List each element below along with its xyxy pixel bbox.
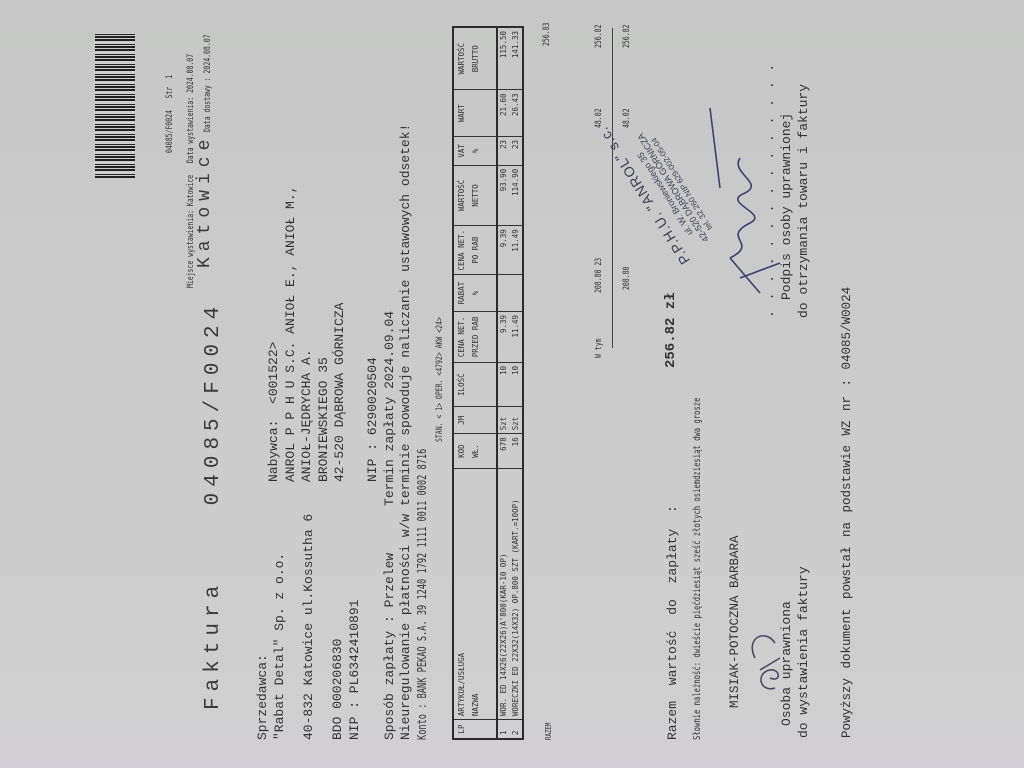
cell-code: 16 <box>510 434 523 469</box>
total-net: 208.80 <box>622 267 632 290</box>
items-table: LP ARTYKUŁ/USŁUGA NAZWA KOD WŁ. JM ILOŚĆ… <box>452 26 524 740</box>
total-gross: 256.82 <box>622 25 632 48</box>
cell-discount <box>510 275 523 312</box>
payment-due: Termin zapłaty 2024.09.04 <box>382 311 397 506</box>
col-vat-rate: VAT % <box>453 137 497 166</box>
col-gross: WARTOŚĆ BRUTTO <box>453 27 497 90</box>
col-net-value: WARTOŚĆ NETTO <box>453 165 497 225</box>
col-discount: RABAT % <box>453 275 497 312</box>
col-article: ARTYKUŁ/USŁUGA NAZWA <box>453 468 497 719</box>
col-price-before: CENA NET. PRZED RAB <box>453 311 497 362</box>
cell-article: WORECZKI ED 22X32(14X32) OP.800 SZT (KAR… <box>510 468 523 719</box>
cell-price-before: 11.49 <box>510 311 523 362</box>
wz-note: Powyższy dokument powstał na podstawie W… <box>840 287 854 738</box>
delivery-line: Data dostawy : 2024.08.07 <box>203 34 213 132</box>
col-qty: ILOŚĆ <box>453 362 497 407</box>
issue-date: 2024.08.07 <box>186 54 196 93</box>
table-sum-value: 256.83 <box>542 23 552 46</box>
station-info: STAN. < 1> OPER. <4792> AKW <24> <box>435 317 445 442</box>
col-vat-value: WART <box>453 90 497 137</box>
cell-lp: 1 <box>497 720 510 739</box>
bank-account: Konto : BANK PEKAO S.A. 39 1240 1792 111… <box>414 296 430 740</box>
seller-bdo: BDO 000206830 <box>329 514 346 740</box>
payment-block: Sposób zapłaty : Przelew Termin zapłaty … <box>382 124 430 740</box>
barcode <box>95 33 135 178</box>
table-row: 1WOR. ED 14X26(22X26)A'800(KAR-10 OP)678… <box>497 27 510 739</box>
title-word: Faktura <box>202 580 225 710</box>
cell-price-after: 11.49 <box>510 226 523 275</box>
buyer-block: Nabywca: <001522> ANROL P P H U S.C. ANI… <box>266 186 381 482</box>
stamp-street: ul. W. Broniewskiego 35 <box>592 81 695 237</box>
cell-qty: 10 <box>497 362 510 407</box>
vat-summary-gross: 256.82 <box>594 25 604 48</box>
cell-price-before: 9.39 <box>497 311 510 362</box>
cell-discount <box>497 275 510 312</box>
cell-code: 678 <box>497 434 510 469</box>
cell-net-value: 93.90 <box>497 165 510 225</box>
buyer-city: 42-520 DĄBROWA GÓRNICZA <box>332 186 349 482</box>
cell-vat-value: 21.60 <box>497 90 510 137</box>
seller-name: "Rabat Detal" Sp. z o.o. <box>271 514 288 740</box>
total-label: Razem wartość do zapłaty : <box>665 505 680 740</box>
cell-gross: 115.50 <box>497 27 510 90</box>
seller-address: 40-832 Katowice ul.Kossutha 6 <box>300 514 317 740</box>
table-row: 2WORECZKI ED 22X32(14X32) OP.800 SZT (KA… <box>510 27 523 739</box>
cell-qty: 10 <box>510 362 523 407</box>
page-number: 1 <box>165 75 175 79</box>
vat-summary-label: W tym <box>594 338 604 358</box>
cell-price-after: 9.39 <box>497 226 510 275</box>
payment-method: Sposób zapłaty : Przelew <box>382 553 397 740</box>
doc-ref-line: 04085/F0024 Str 1 <box>165 75 175 153</box>
cell-unit: Szt <box>497 407 510 434</box>
buyer-street: BRONIEWSKIEGO 35 <box>316 186 333 482</box>
delivery-date-label: Data dostawy <box>203 85 213 132</box>
total-value: 256.82 zł <box>663 292 679 368</box>
cell-unit: Szt <box>510 407 523 434</box>
invoice-page: 04085/F0024 Str 1 Miejsce wystawienia: K… <box>0 0 1024 768</box>
title-number: 04085/F0024 <box>202 301 225 506</box>
city-heading: Katowice <box>195 134 215 268</box>
buyer-name: ANROL P P H U S.C. ANIOŁ E., ANIOŁ M., <box>283 186 300 482</box>
cell-vat-value: 26.43 <box>510 90 523 137</box>
table-header-row: LP ARTYKUŁ/USŁUGA NAZWA KOD WŁ. JM ILOŚĆ… <box>453 27 497 739</box>
buyer-label: Nabywca: <box>266 420 281 482</box>
vat-summary-net: 208.80 23 <box>594 258 604 293</box>
buyer-nip: NIP : 6290020504 <box>365 186 382 482</box>
seller-nip: NIP : PL6342410891 <box>346 514 363 740</box>
seller-label: Sprzedawca: <box>254 514 271 740</box>
col-lp: LP <box>453 720 497 739</box>
cell-net-value: 114.90 <box>510 165 523 225</box>
doc-ref: 04085/F0024 <box>165 110 175 153</box>
page-label: Str <box>165 87 175 99</box>
col-price-after: CENA NET. PO RAB <box>453 226 497 275</box>
amount-in-words: Słownie należność: dwieście pięćdziesiąt… <box>692 398 703 740</box>
seller-block: Sprzedawca: "Rabat Detal" Sp. z o.o. 40-… <box>254 514 363 740</box>
payment-warning: Nieuregulowanie płatności w/w terminie s… <box>398 124 414 740</box>
buyer-name-2: ANIOŁ-JĘDRYCHA A. <box>299 186 316 482</box>
cell-vat-rate: 23 <box>510 137 523 166</box>
cell-lp: 2 <box>510 720 523 739</box>
delivery-date: : 2024.08.07 <box>203 34 213 81</box>
table-sum-label: RAZEM <box>544 723 553 740</box>
cell-article: WOR. ED 14X26(22X26)A'800(KAR-10 OP) <box>497 468 510 719</box>
document-title: Faktura 04085/F0024 <box>202 301 225 710</box>
cell-vat-rate: 23 <box>497 137 510 166</box>
cell-gross: 141.33 <box>510 27 523 90</box>
issuer-caption: Osoba uprawniona do wystawienia faktury <box>778 566 812 738</box>
col-code: KOD WŁ. <box>453 434 497 469</box>
col-unit: JM <box>453 407 497 434</box>
buyer-code: <001522> <box>266 342 281 404</box>
